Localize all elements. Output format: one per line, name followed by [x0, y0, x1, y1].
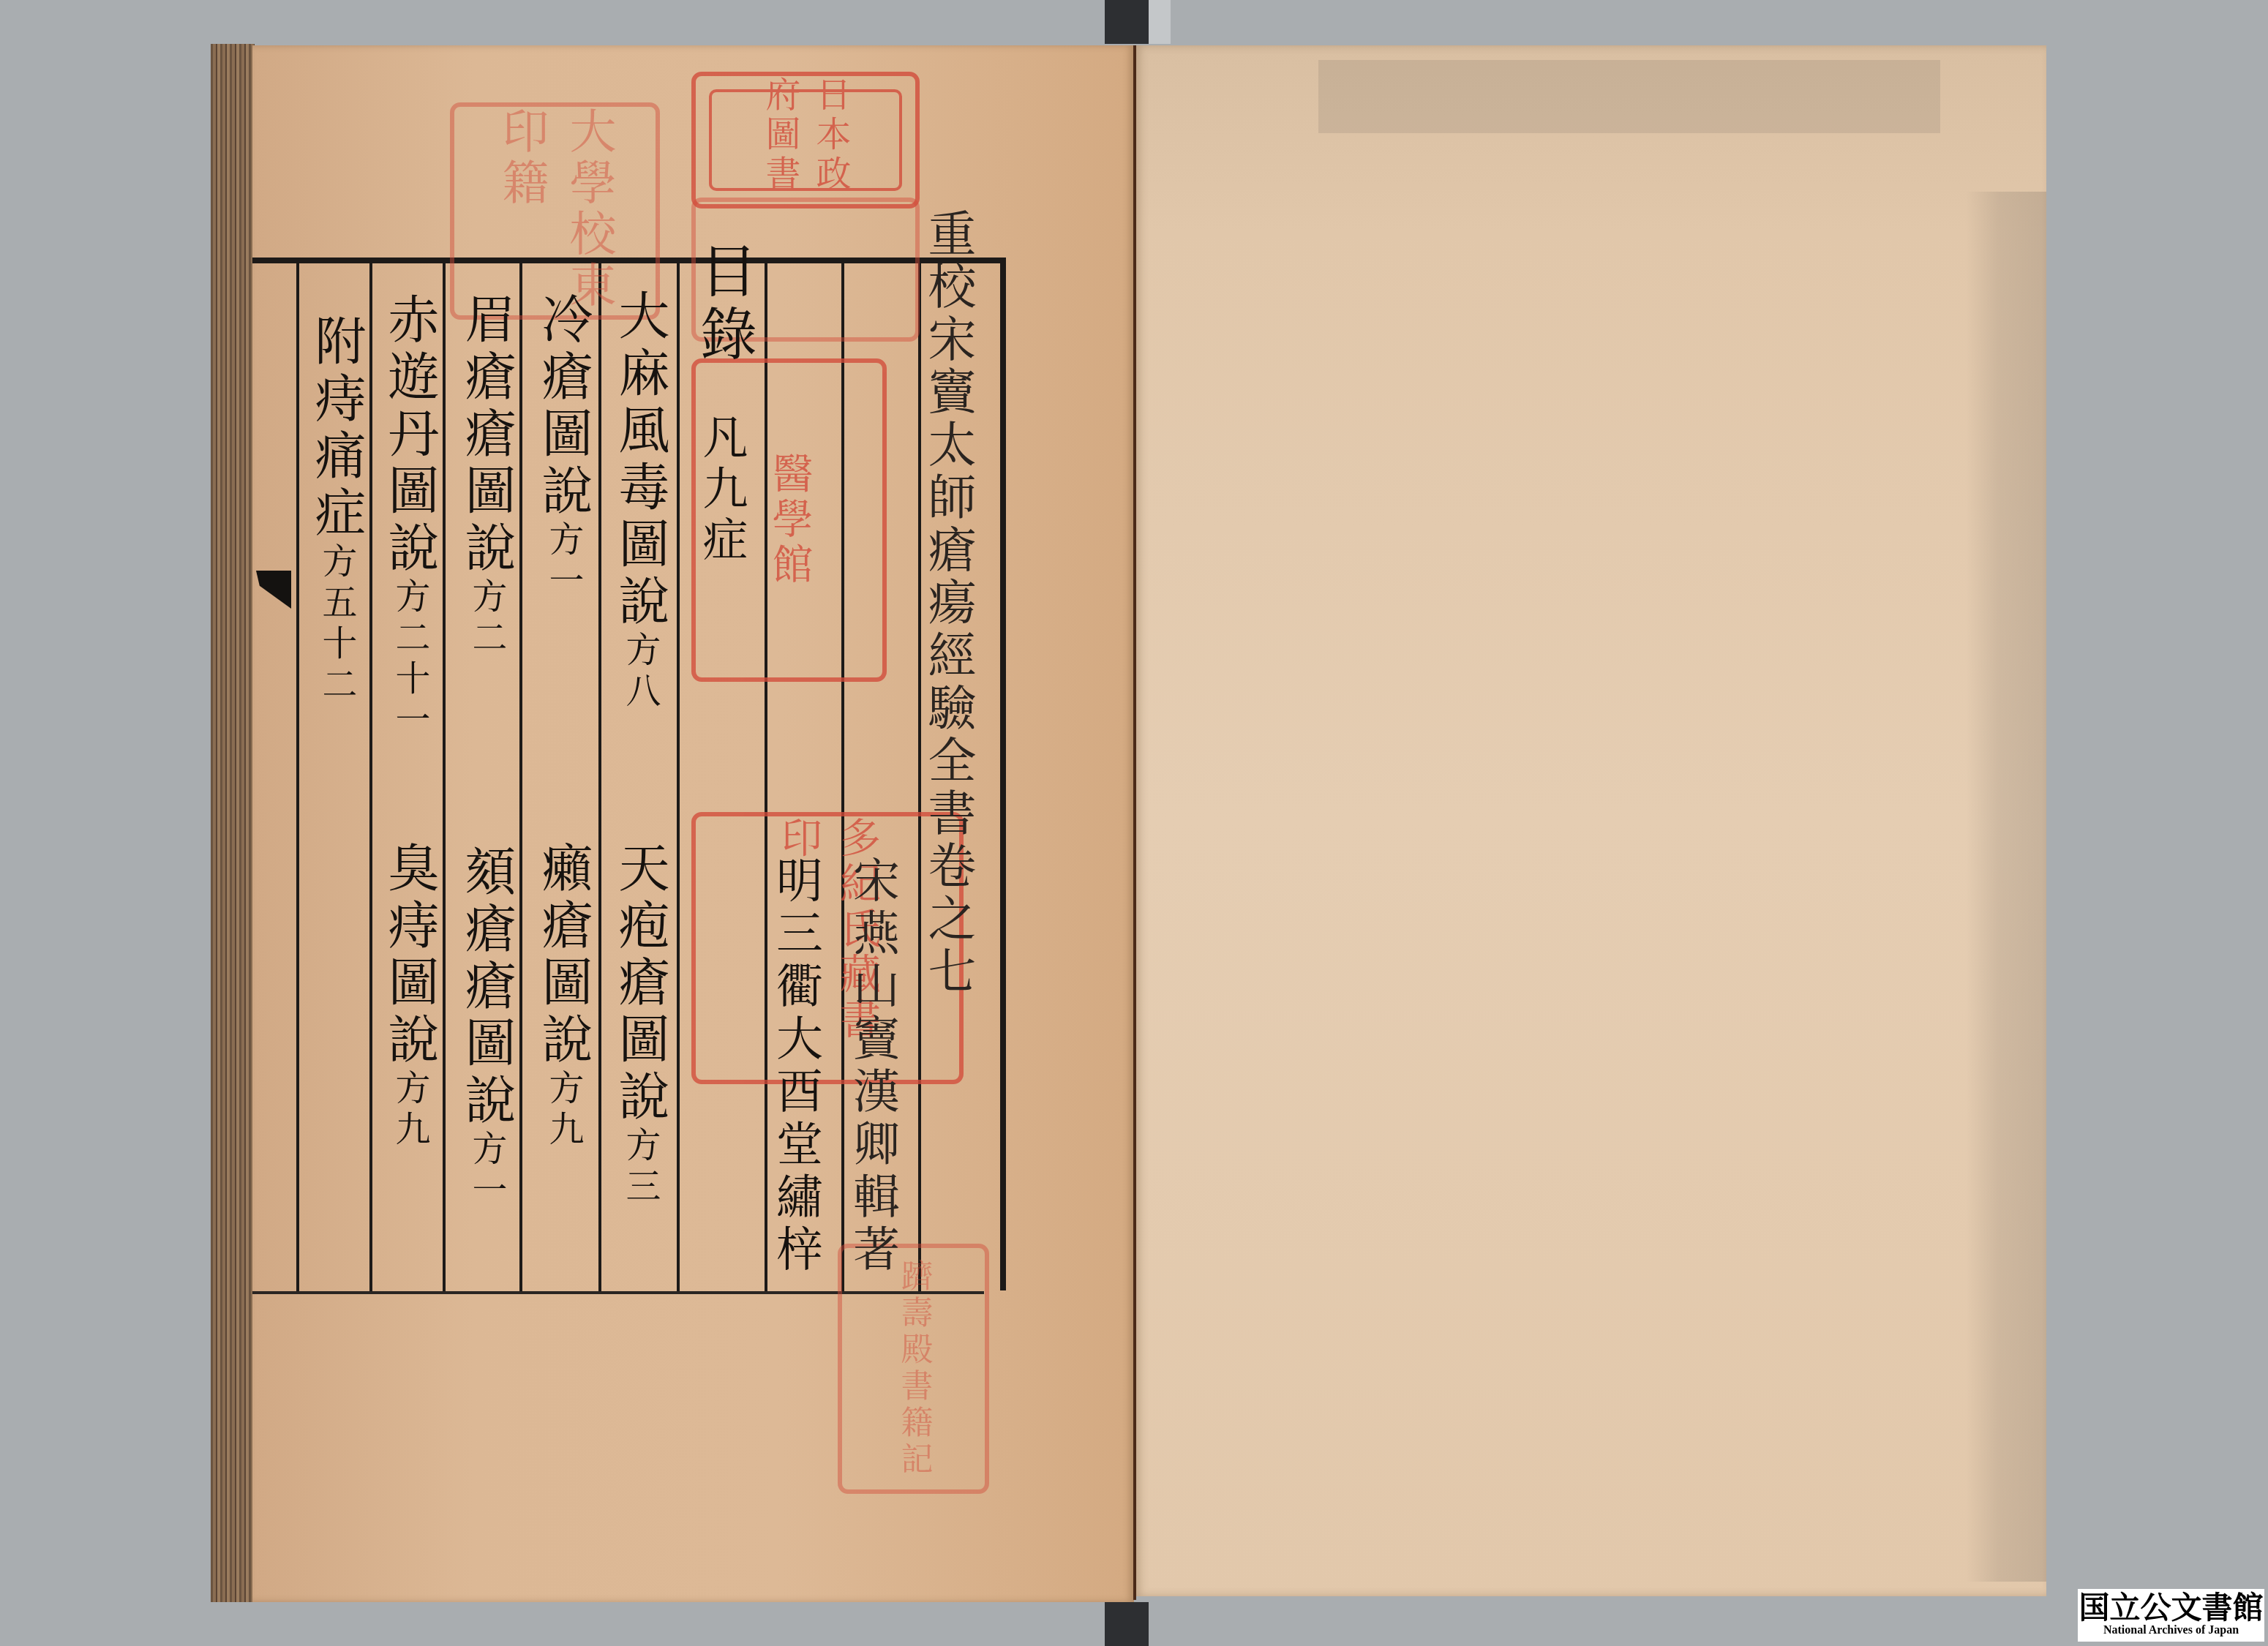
- seal-label: 大學校東印籍: [488, 107, 623, 315]
- toc-entry-4: 癩瘡圖說方九: [538, 841, 589, 1280]
- background-strip-bottom: [1105, 1602, 1149, 1646]
- toc-entry-1: 大麻風毒圖說方八: [615, 289, 666, 874]
- column-rule: [296, 263, 299, 1291]
- frame-right-border: [1000, 258, 1006, 1290]
- entry-count: 方一: [543, 521, 584, 603]
- column-rule: [598, 263, 601, 1291]
- archive-logo: 国立公文書館 National Archives of Japan: [2078, 1589, 2264, 1642]
- entry-name: 眉瘡瘡圖說: [457, 293, 517, 578]
- entry-name: 天疱瘡圖說: [610, 841, 670, 1127]
- entry-count: 方三: [620, 1127, 661, 1209]
- entry-count: 方九: [543, 1070, 584, 1151]
- column-rule: [677, 263, 680, 1291]
- toc-entry-7: 赤遊丹圖說方二十一: [384, 293, 435, 805]
- entry-count: 方八: [620, 631, 661, 713]
- seal-top-square: 日本政府圖書: [691, 72, 920, 208]
- toc-entry-8: 臭痔圖說方九: [384, 841, 435, 1280]
- entry-name: 附痔痛症: [307, 315, 367, 543]
- entry-name: 大麻風毒圖說: [610, 289, 670, 631]
- book-title: 重校宋竇太師瘡瘍經驗全書卷之七: [923, 208, 972, 1013]
- toc-entry-2: 天疱瘡圖說方三: [615, 841, 666, 1280]
- column-rule: [369, 263, 372, 1291]
- entry-count: 方二十一: [389, 578, 430, 742]
- entry-count: 方五十二: [316, 543, 357, 707]
- page-edge-stack: [211, 44, 255, 1602]
- toc-entry-5: 眉瘡瘡圖說方二: [461, 293, 512, 805]
- logo-english: National Archives of Japan: [2103, 1623, 2239, 1637]
- toc-entry-9: 附痔痛症方五十二: [311, 315, 362, 827]
- toc-summary: 凡九症: [699, 413, 744, 618]
- seal-daigakko: 大學校東印籍: [450, 102, 660, 320]
- seal-label: 醫學館: [760, 452, 819, 588]
- seal-label: 躋壽殿書籍記: [890, 1259, 937, 1478]
- show-through-side: [1966, 192, 2046, 1582]
- entry-name: 赤遊丹圖說: [380, 293, 440, 578]
- toc-entry-3: 冷瘡圖說方一: [538, 293, 589, 732]
- column-rule: [443, 263, 446, 1291]
- logo-japanese: 国立公文書館: [2079, 1593, 2263, 1623]
- entry-count: 方二: [466, 578, 507, 660]
- author-line-song: 宋燕山竇漢卿輯著: [849, 856, 895, 1368]
- column-rule: [519, 263, 522, 1291]
- entry-count: 方一: [466, 1130, 507, 1212]
- entry-name: 癩瘡圖說: [533, 841, 593, 1070]
- entry-name: 冷瘡圖說: [533, 293, 593, 521]
- show-through-band: [1318, 60, 1940, 133]
- toc-entry-6: 頦瘡瘡圖說方一: [461, 845, 512, 1299]
- book-spine: [1133, 45, 1136, 1600]
- entry-count: 方九: [389, 1070, 430, 1151]
- background-strip-light: [1149, 0, 1171, 44]
- toc-heading: 目錄: [695, 241, 752, 388]
- background-strip-top: [1105, 0, 1149, 44]
- author-line-ming: 明三衢大酉堂繡梓: [772, 856, 819, 1368]
- entry-name: 頦瘡瘡圖說: [457, 845, 517, 1130]
- right-page: [1135, 45, 2046, 1596]
- entry-name: 臭痔圖說: [380, 841, 440, 1070]
